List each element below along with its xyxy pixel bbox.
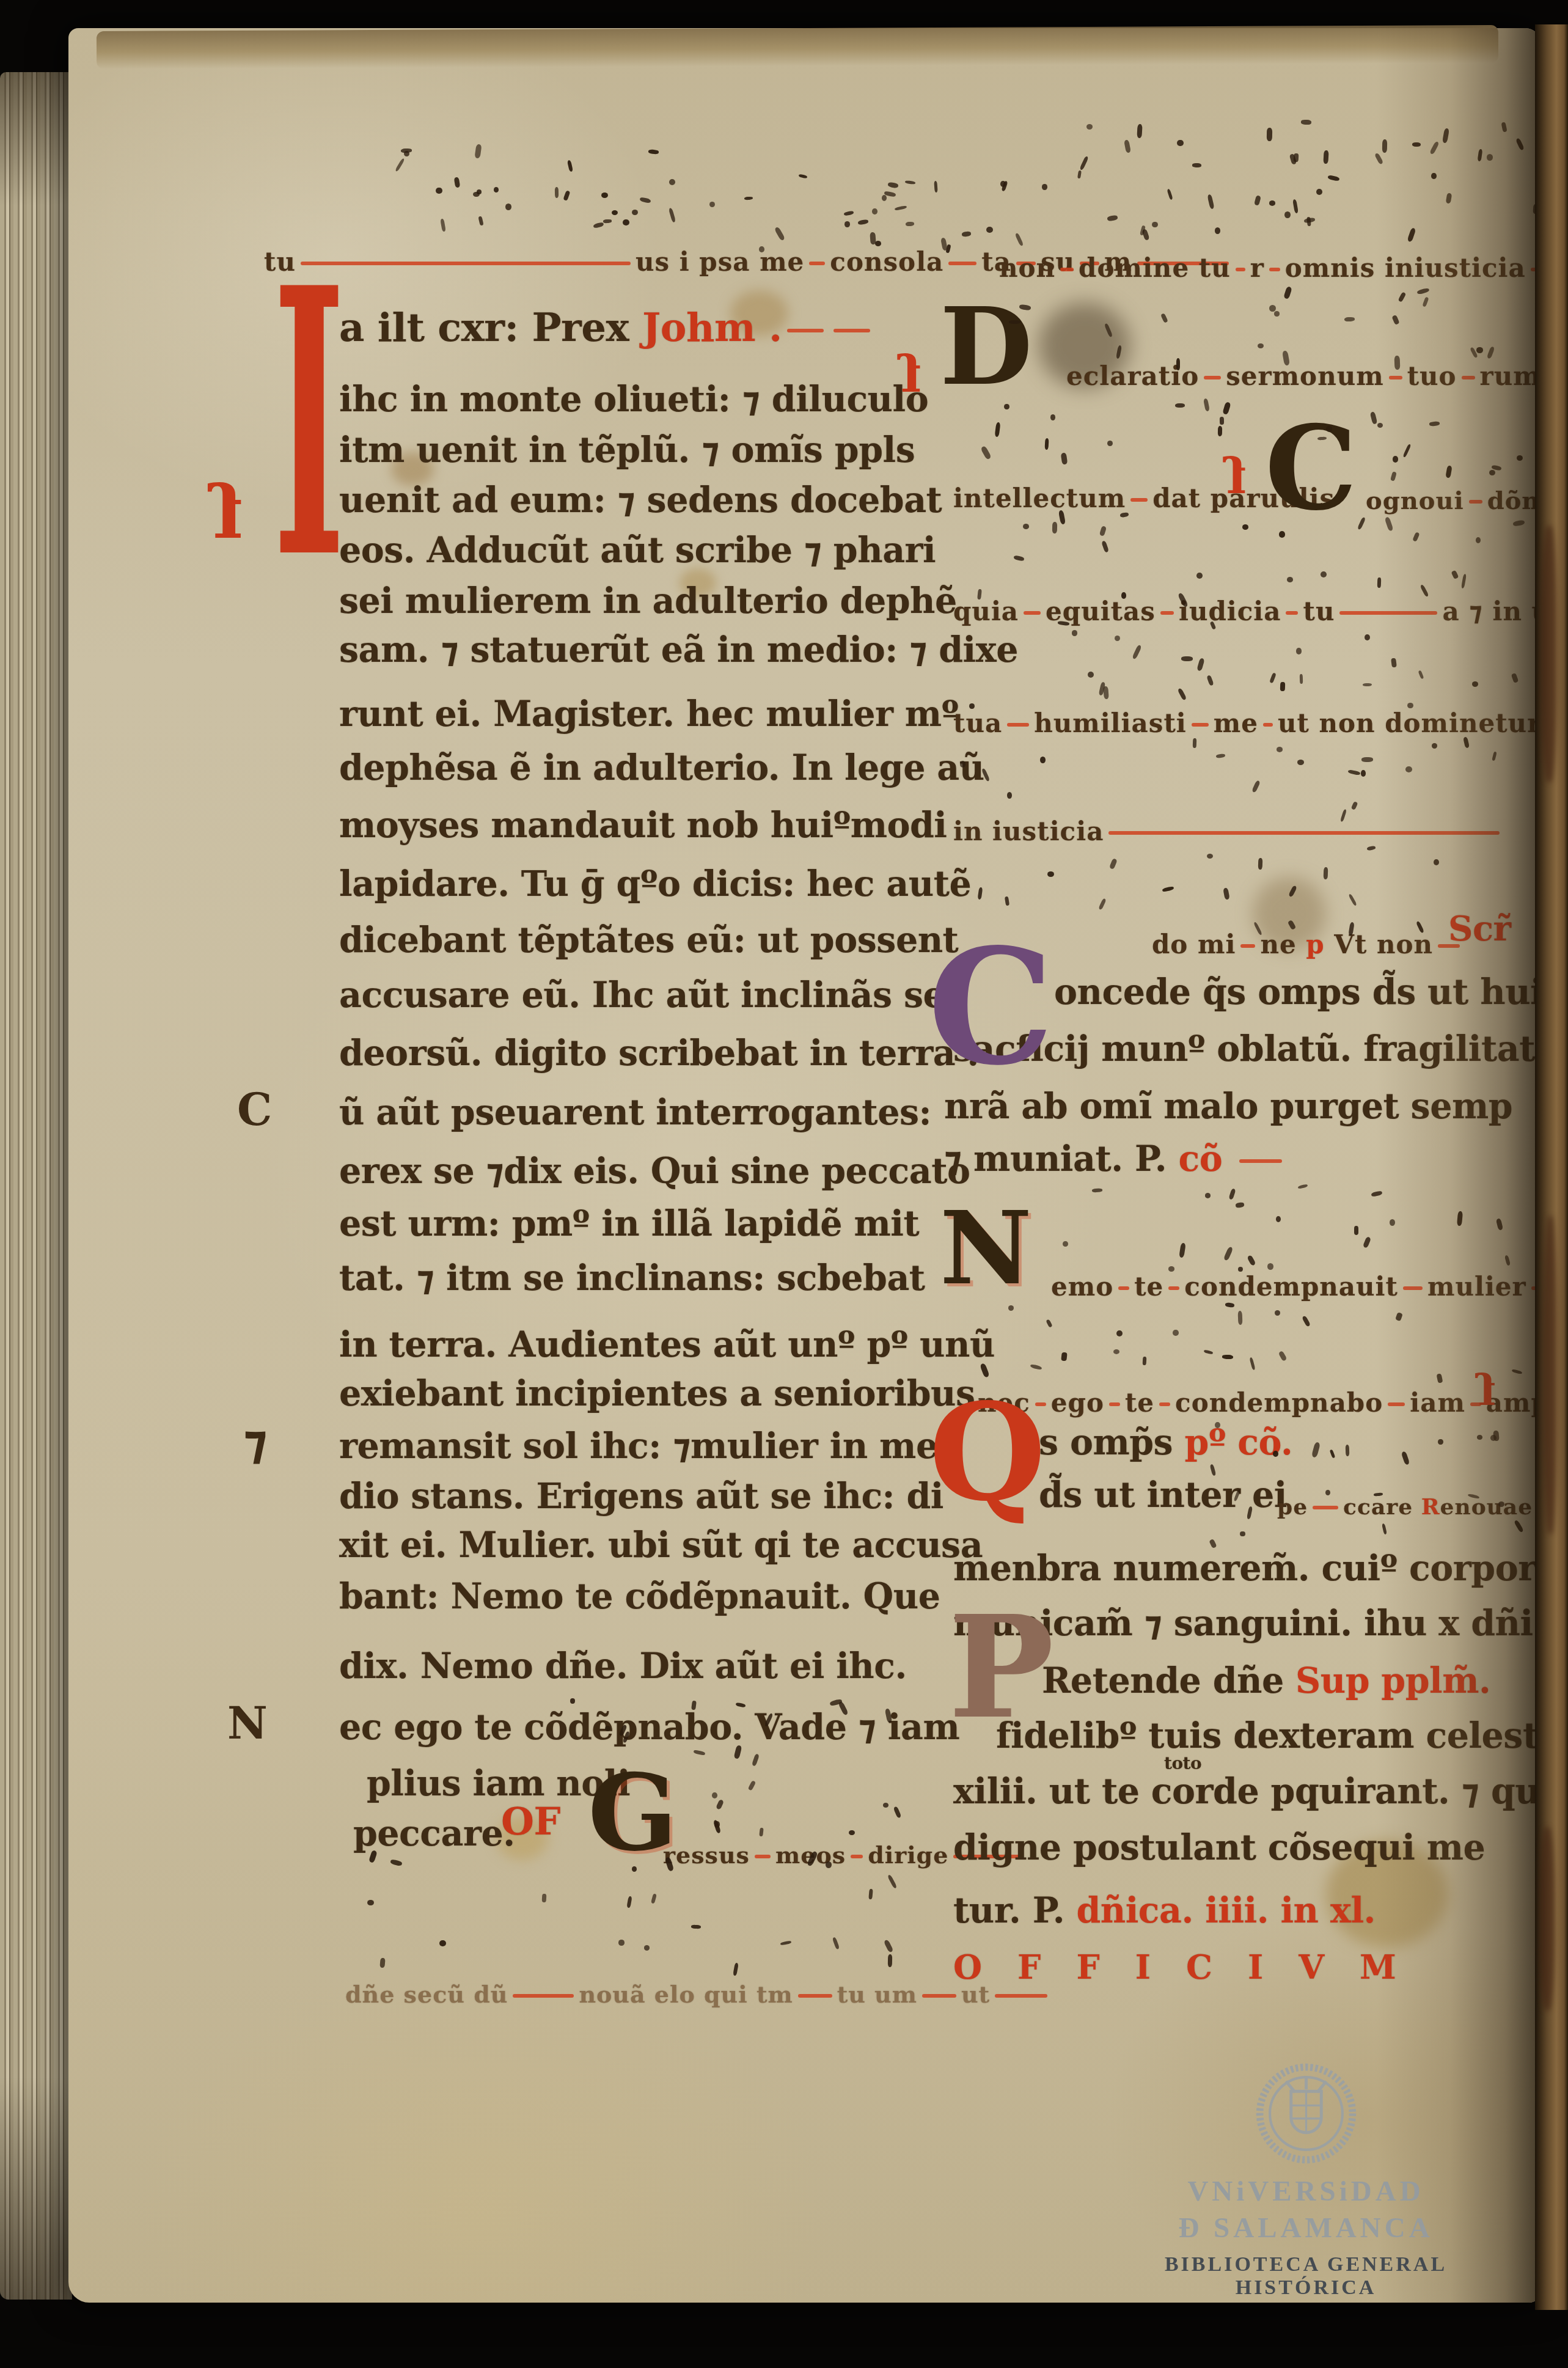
illuminated-initial: C — [928, 946, 1054, 1070]
neume-mark — [969, 703, 975, 709]
neume-mark — [1345, 1445, 1349, 1456]
foreedge-ink-showthrough — [1541, 526, 1557, 782]
text-line: ihc in monte oliueti: ⁊ diluculo — [339, 382, 928, 417]
neume-mark — [1287, 577, 1293, 582]
neume-mark — [712, 1792, 717, 1798]
neume-mark — [694, 1750, 706, 1756]
text-line: ec ego te cõdẽpnabo. Vade ⁊ iam — [339, 1710, 959, 1745]
neume-mark — [1193, 738, 1197, 748]
text-line: est urm: pmº in illã lapidẽ mit — [339, 1206, 919, 1241]
neume-mark — [612, 210, 618, 215]
neume-mark — [733, 1963, 738, 1976]
neume-mark — [1004, 404, 1009, 410]
red-extender-line — [787, 329, 824, 332]
neume-mark — [1207, 194, 1215, 210]
neume-mark — [367, 1900, 374, 1906]
neume-mark — [799, 174, 808, 178]
text-segment: r — [1250, 253, 1264, 283]
text-segment: us i psa me — [636, 247, 804, 277]
neume-mark — [691, 1924, 701, 1929]
text-segment: te — [1125, 1388, 1154, 1418]
neume-mark — [555, 187, 559, 198]
neume-mark — [1196, 573, 1203, 578]
neume-mark — [1361, 757, 1374, 762]
text-segment: intellectum — [953, 483, 1126, 513]
text-segment: ⁊ muniat. P. — [944, 1138, 1179, 1179]
neume-mark — [858, 219, 869, 225]
text-segment: pe — [1277, 1494, 1308, 1520]
neume-mark — [1143, 1357, 1146, 1365]
text-segment: dñica. iiii. in xl. — [1076, 1890, 1376, 1931]
text-segment: me — [1214, 708, 1258, 738]
neume-mark — [440, 219, 445, 232]
neume-mark — [570, 1698, 575, 1704]
text-segment: remansit sol ihc: ⁊mulier in me — [339, 1426, 938, 1467]
neume-mark — [744, 196, 753, 200]
text-line: tur. P. dñica. iiii. in xl. — [953, 1893, 1376, 1928]
text-segment: bant: Nemo te cõdẽpnauit. Que — [339, 1576, 940, 1617]
text-segment: runt ei. Magister. hec mulier mº — [339, 694, 959, 735]
neume-mark — [1354, 1226, 1358, 1235]
text-segment: moyses mandauit nob huiºmodi — [339, 805, 947, 846]
neume-mark — [905, 180, 915, 185]
neume-mark — [1137, 124, 1142, 139]
neume-mark — [623, 219, 629, 225]
neume-mark — [1247, 1255, 1257, 1266]
text-segment: tu um — [837, 1981, 917, 2008]
neume-mark — [1063, 1241, 1068, 1247]
text-segment: ũ aũt pseuarent interrogantes: — [339, 1092, 931, 1133]
text-segment: sam. ⁊ statuerũt eã in medio: ⁊ dixe — [339, 629, 1018, 670]
text-segment: sei mulierem in adulterio dephẽ — [339, 581, 957, 621]
neume-mark — [1228, 1188, 1236, 1200]
neume-mark — [1175, 403, 1185, 408]
neume-mark — [1278, 1351, 1287, 1362]
red-extender-line — [1192, 723, 1209, 727]
neume-mark — [1008, 1305, 1014, 1311]
neume-mark — [379, 1958, 385, 1968]
neume-mark — [1269, 305, 1276, 312]
neume-mark — [709, 202, 715, 207]
neume-mark — [1177, 687, 1186, 700]
neume-mark — [1347, 769, 1360, 775]
neume-mark — [669, 207, 676, 222]
neume-mark — [1275, 1310, 1280, 1316]
text-line: dephẽsa ẽ in adulterio. In lege aũ — [339, 750, 984, 785]
neume-mark — [651, 1893, 657, 1904]
neume-mark — [752, 1753, 760, 1766]
neume-mark — [1223, 1246, 1234, 1261]
neume-mark — [1116, 1330, 1123, 1336]
text-segment: est urm: pmº in illã lapidẽ mit — [339, 1203, 919, 1244]
neume-mark — [1079, 156, 1089, 171]
neume-mark — [1152, 222, 1157, 227]
neume-mark — [1323, 150, 1328, 164]
margin-mark: ſ — [211, 484, 243, 541]
neume-mark — [1277, 747, 1283, 752]
neume-mark — [1162, 886, 1174, 892]
neume-mark — [1276, 1216, 1281, 1222]
library-stamp: VNiVERSiDAD Ð SALAMANCA BIBLIOTECA GENER… — [1092, 2063, 1520, 2300]
neume-mark — [1225, 1302, 1235, 1308]
neume-mark — [454, 177, 461, 188]
neume-mark — [1279, 531, 1286, 538]
neume-mark — [1207, 675, 1214, 686]
neume-mark — [1311, 1442, 1321, 1457]
neume-mark — [1109, 859, 1117, 870]
text-segment: tua — [953, 708, 1002, 738]
neume-mark — [1050, 414, 1055, 420]
neume-mark — [1061, 452, 1068, 464]
text-segment: xit ei. Mulier. ubi sũt qi te accusa — [339, 1525, 983, 1566]
text-segment: p — [1306, 929, 1334, 959]
text-line: lapidare. Tu ḡ qºo dicis: hec autẽ — [339, 867, 971, 901]
neume-mark — [1215, 1422, 1220, 1428]
red-extender-line — [1236, 268, 1245, 271]
text-segment: exiebant incipientes a senioribus. — [339, 1373, 987, 1414]
text-segment: do mi — [1152, 929, 1236, 959]
text-line: moyses mandauit nob huiºmodi — [339, 808, 947, 843]
neume-mark — [888, 182, 899, 189]
stamp-university-name: VNiVERSiDAD — [1092, 2175, 1520, 2208]
manuscript-photo: tuus i psa meconsolatasumnondomine turom… — [0, 0, 1568, 2368]
neume-mark — [1023, 524, 1029, 529]
neume-mark — [1098, 898, 1106, 911]
text-segment: ec ego te cõdẽpnabo. Vade ⁊ iam — [339, 1707, 959, 1748]
neume-mark — [780, 1941, 792, 1946]
neume-mark — [1299, 673, 1303, 683]
text-line: accusare eũ. Ihc aũt inclinãs se — [339, 978, 945, 1013]
neume-mark — [404, 151, 409, 156]
neume-mark — [1013, 555, 1024, 561]
text-segment: condempnauit — [1184, 1272, 1398, 1302]
neume-mark — [1181, 656, 1193, 661]
neume-mark — [1107, 441, 1113, 446]
text-segment: sermonum — [1226, 361, 1383, 391]
neume-mark — [1168, 1266, 1175, 1272]
neume-mark — [1173, 1330, 1178, 1336]
neume-mark — [1124, 139, 1131, 153]
text-segment: dicebant tẽptãtes eũ: ut possent — [339, 920, 958, 961]
neume-mark — [1047, 871, 1054, 877]
university-seal-icon — [1256, 2063, 1357, 2164]
neume-mark — [1284, 211, 1291, 218]
text-line: dicebant tẽptãtes eũ: ut possent — [339, 923, 958, 958]
text-line: erex se ⁊dix eis. Qui sine peccato — [339, 1154, 970, 1189]
text-segment: itm uenit in tẽplũ. ⁊ omĩs ppls — [339, 430, 915, 471]
neume-mark — [1203, 398, 1210, 411]
neume-mark — [1301, 119, 1311, 125]
neume-mark — [1107, 215, 1118, 222]
neume-mark — [1101, 540, 1109, 552]
neume-mark — [1061, 1352, 1068, 1362]
neume-mark — [1329, 1449, 1335, 1458]
neume-mark — [1215, 227, 1220, 233]
neume-mark — [1007, 792, 1012, 799]
neume-mark — [832, 1937, 839, 1949]
text-segment: ihc in monte oliueti: ⁊ diluculo — [339, 379, 928, 420]
red-extender-line — [798, 1994, 832, 1998]
neume-mark — [632, 210, 638, 215]
neume-mark — [1042, 184, 1047, 189]
neume-mark — [1363, 683, 1372, 687]
neume-mark — [618, 1940, 625, 1945]
red-extender-line — [851, 1855, 863, 1858]
neume-mark — [474, 144, 482, 159]
red-extender-line — [1239, 1159, 1282, 1163]
neume-mark — [1297, 760, 1304, 764]
red-extender-line — [1240, 944, 1255, 948]
neume-mark — [593, 222, 604, 229]
margin-mark: ſ — [900, 356, 921, 395]
neume-mark — [1292, 199, 1299, 213]
neume-mark — [1238, 1267, 1243, 1272]
neume-mark — [640, 197, 651, 203]
neume-mark — [436, 188, 442, 194]
neume-mark — [1367, 846, 1376, 851]
illuminated-initial: P — [948, 1613, 1054, 1723]
neume-mark — [1269, 673, 1277, 684]
neume-mark — [1316, 189, 1322, 195]
neume-mark — [1327, 175, 1339, 181]
neume-mark — [494, 187, 499, 192]
neume-mark — [505, 203, 511, 210]
neume-mark — [986, 227, 993, 233]
neume-mark — [1072, 630, 1078, 636]
text-segment: dio stans. Erigens aũt se ihc: di — [339, 1476, 943, 1517]
neume-mark — [1086, 124, 1093, 130]
illuminated-initial: I — [273, 281, 345, 567]
text-line: deorsũ. digito scribebat in terra . — [339, 1036, 979, 1071]
neume-mark — [1192, 163, 1201, 167]
neume-mark — [1361, 770, 1366, 777]
text-segment: Retende dñe — [1042, 1660, 1295, 1701]
neume-mark — [1267, 1263, 1273, 1270]
red-extender-line — [1160, 611, 1174, 615]
neume-mark — [1207, 854, 1214, 859]
neume-mark — [1325, 1490, 1330, 1496]
text-line: itm uenit in tẽplũ. ⁊ omĩs ppls — [339, 433, 915, 467]
red-extender-line — [1313, 1506, 1338, 1509]
neume-mark — [1167, 188, 1173, 200]
neume-mark — [478, 216, 483, 225]
text-segment: ne — [1260, 929, 1306, 959]
text-segment: accusare eũ. Ihc aũt inclinãs se — [339, 975, 945, 1016]
text-segment: quia — [953, 596, 1019, 626]
neume-mark — [1258, 858, 1262, 870]
text-segment: tu — [1303, 596, 1335, 626]
text-segment: OF — [501, 1799, 560, 1844]
neume-mark — [567, 159, 573, 172]
text-segment: dñe secũ dũ — [345, 1981, 508, 2008]
text-segment: deorsũ. digito scribebat in terra . — [339, 1033, 979, 1074]
text-segment: iudicia — [1179, 596, 1281, 626]
neume-mark — [1030, 1364, 1042, 1371]
red-extender-line — [513, 1994, 574, 1998]
neume-mark — [1052, 522, 1057, 533]
neume-mark — [962, 231, 972, 237]
neume-mark — [1077, 170, 1082, 179]
text-line: sei mulierem in adulterio dephẽ — [339, 584, 957, 618]
neume-mark — [1302, 1315, 1311, 1327]
neume-mark — [601, 192, 608, 198]
text-line: dix. Nemo dñe. Dix aũt ei ihc. — [339, 1649, 907, 1684]
neume-mark — [887, 1874, 898, 1889]
neume-mark — [849, 1830, 855, 1835]
neume-mark — [1349, 893, 1358, 906]
neume-mark — [893, 1806, 902, 1819]
neume-mark — [826, 1861, 832, 1868]
text-segment: s omp̃s — [1039, 1422, 1185, 1463]
neume-mark — [541, 1894, 546, 1902]
text-segment: domine tu — [1079, 253, 1231, 283]
red-extender-line — [1159, 1402, 1170, 1406]
text-segment: tat. ⁊ itm se inclinans: scbebat — [339, 1258, 925, 1299]
text-line: in terra. Audientes aũt unº pº unũ — [339, 1327, 995, 1362]
text-segment: dephẽsa ẽ in adulterio. In lege aũ — [339, 747, 984, 788]
text-line: exiebant incipientes a senioribus. — [339, 1376, 987, 1411]
neume-mark — [626, 1896, 632, 1907]
margin-mark: N — [227, 1706, 268, 1740]
text-segment: lapidare. Tu ḡ qºo dicis: hec autẽ — [339, 863, 971, 904]
illuminated-initial: C — [1265, 423, 1357, 513]
neume-mark — [1238, 1311, 1243, 1325]
neume-mark — [1045, 438, 1049, 450]
text-segment: emo — [1051, 1272, 1113, 1302]
neume-mark — [875, 241, 881, 246]
neume-mark — [1196, 658, 1205, 671]
right-fore-edge — [1535, 24, 1568, 2310]
text-segment: in iusticia — [953, 816, 1104, 846]
neume-mark — [714, 1821, 719, 1828]
red-extender-line — [948, 262, 976, 265]
neume-mark — [603, 219, 612, 223]
foreedge-ink-showthrough — [1544, 1216, 1557, 1534]
illuminated-initial: Q — [929, 1399, 1046, 1505]
neume-mark — [1283, 286, 1292, 299]
text-line: eos. Adducũt aũt scribe ⁊ phari — [339, 533, 936, 568]
neume-mark — [1296, 648, 1302, 654]
text-segment: humiliasti — [1034, 708, 1187, 738]
neume-mark — [884, 1939, 894, 1952]
red-extender-line — [1269, 268, 1280, 271]
neume-mark — [1293, 153, 1298, 162]
neume-mark — [1092, 1188, 1102, 1192]
page-top-edge — [97, 25, 1498, 69]
margin-mark: ſ — [1226, 457, 1247, 495]
neume-mark — [715, 1799, 724, 1810]
neume-mark — [934, 181, 938, 192]
neume-mark — [759, 1828, 763, 1837]
neume-mark — [883, 1803, 889, 1808]
neume-mark — [1115, 636, 1120, 641]
neume-mark — [1297, 1184, 1308, 1189]
neume-mark — [1121, 592, 1126, 599]
neume-mark — [1204, 1349, 1214, 1355]
text-line: tat. ⁊ itm se inclinans: scbebat — [339, 1261, 925, 1296]
neume-mark — [868, 1889, 873, 1899]
text-line: remansit sol ihc: ⁊mulier in me — [339, 1429, 938, 1464]
text-segment: peccare. — [353, 1813, 515, 1854]
neume-mark — [1242, 524, 1248, 530]
text-line: OFFICIVM — [953, 1951, 1432, 1984]
text-segment: te — [1134, 1272, 1163, 1302]
red-extender-line — [1286, 611, 1298, 615]
text-line: runt ei. Magister. hec mulier mº — [339, 697, 959, 731]
text-segment: a ilt cxr: Prex — [339, 305, 642, 351]
neume-mark — [648, 149, 659, 154]
text-segment: dirige — [868, 1841, 948, 1869]
text-segment: condempnabo — [1175, 1388, 1383, 1418]
neume-mark — [1324, 867, 1328, 879]
foreedge-ink-showthrough — [1540, 1827, 1555, 2011]
illuminated-initial: N — [940, 1209, 1032, 1288]
neume-mark — [1222, 1355, 1233, 1360]
text-segment: tur. P. — [953, 1890, 1076, 1931]
text-segment: consola — [830, 247, 943, 277]
text-line: toto — [1164, 1755, 1201, 1772]
neume-mark — [1235, 1202, 1244, 1208]
text-segment: ego — [1051, 1388, 1104, 1418]
neume-mark — [980, 445, 991, 460]
text-line: dio stans. Erigens aũt se ihc: di — [339, 1479, 943, 1514]
neume-mark — [605, 1726, 610, 1731]
neume-mark — [1223, 401, 1231, 414]
neume-mark — [1015, 233, 1024, 246]
gutter-shadow — [1376, 28, 1541, 2303]
neume-mark — [759, 246, 764, 252]
text-line: uenit ad eum: ⁊ sedens docebat — [339, 483, 942, 518]
neume-mark — [1176, 358, 1180, 370]
neume-mark — [994, 422, 1000, 438]
neume-mark — [1209, 1539, 1217, 1549]
neume-mark — [1160, 313, 1168, 323]
red-extender-line — [922, 1994, 956, 1998]
neume-mark — [895, 205, 907, 211]
neume-mark — [1177, 140, 1183, 146]
neume-mark — [1274, 311, 1279, 316]
stamp-library-name: BIBLIOTECA GENERAL HISTÓRICA — [1092, 2253, 1520, 2300]
neume-mark — [1040, 757, 1046, 763]
margin-mark: C — [237, 1093, 272, 1127]
text-segment: eos. Adducũt aũt scribe ⁊ phari — [339, 530, 936, 571]
text-segment: in terra. Audientes aũt unº pº unũ — [339, 1324, 995, 1365]
text-line: dñe secũ dũnouã elo qui tmtu umut — [345, 1983, 1052, 2006]
neume-mark — [1220, 417, 1225, 425]
red-extender-line — [301, 262, 631, 265]
red-extender-line — [1060, 268, 1074, 271]
neume-mark — [1344, 317, 1355, 321]
neume-mark — [1179, 1243, 1186, 1258]
red-extender-line — [809, 262, 825, 265]
neume-mark — [888, 1954, 892, 1967]
text-line: xit ei. Mulier. ubi sũt qi te accusa — [339, 1528, 983, 1563]
neume-mark — [1218, 426, 1223, 436]
neume-mark — [1113, 1349, 1120, 1354]
neume-mark — [1223, 887, 1230, 900]
text-segment: uenit ad eum: ⁊ sedens docebat — [339, 480, 942, 521]
text-segment: nouã elo qui tm — [579, 1981, 793, 2008]
illuminated-initial: D — [940, 306, 1033, 389]
left-page-edges — [0, 72, 72, 2300]
margin-mark: ⁊ — [243, 1424, 268, 1461]
text-segment: cõ — [1179, 1138, 1234, 1179]
neume-mark — [1251, 780, 1261, 793]
text-line: a ilt cxr: Prex Johm . — [339, 309, 875, 348]
text-segment: OFFICIVM — [953, 1948, 1432, 1987]
neume-mark — [978, 887, 983, 899]
text-line: ⁊ muniat. P. cõ — [944, 1142, 1287, 1176]
